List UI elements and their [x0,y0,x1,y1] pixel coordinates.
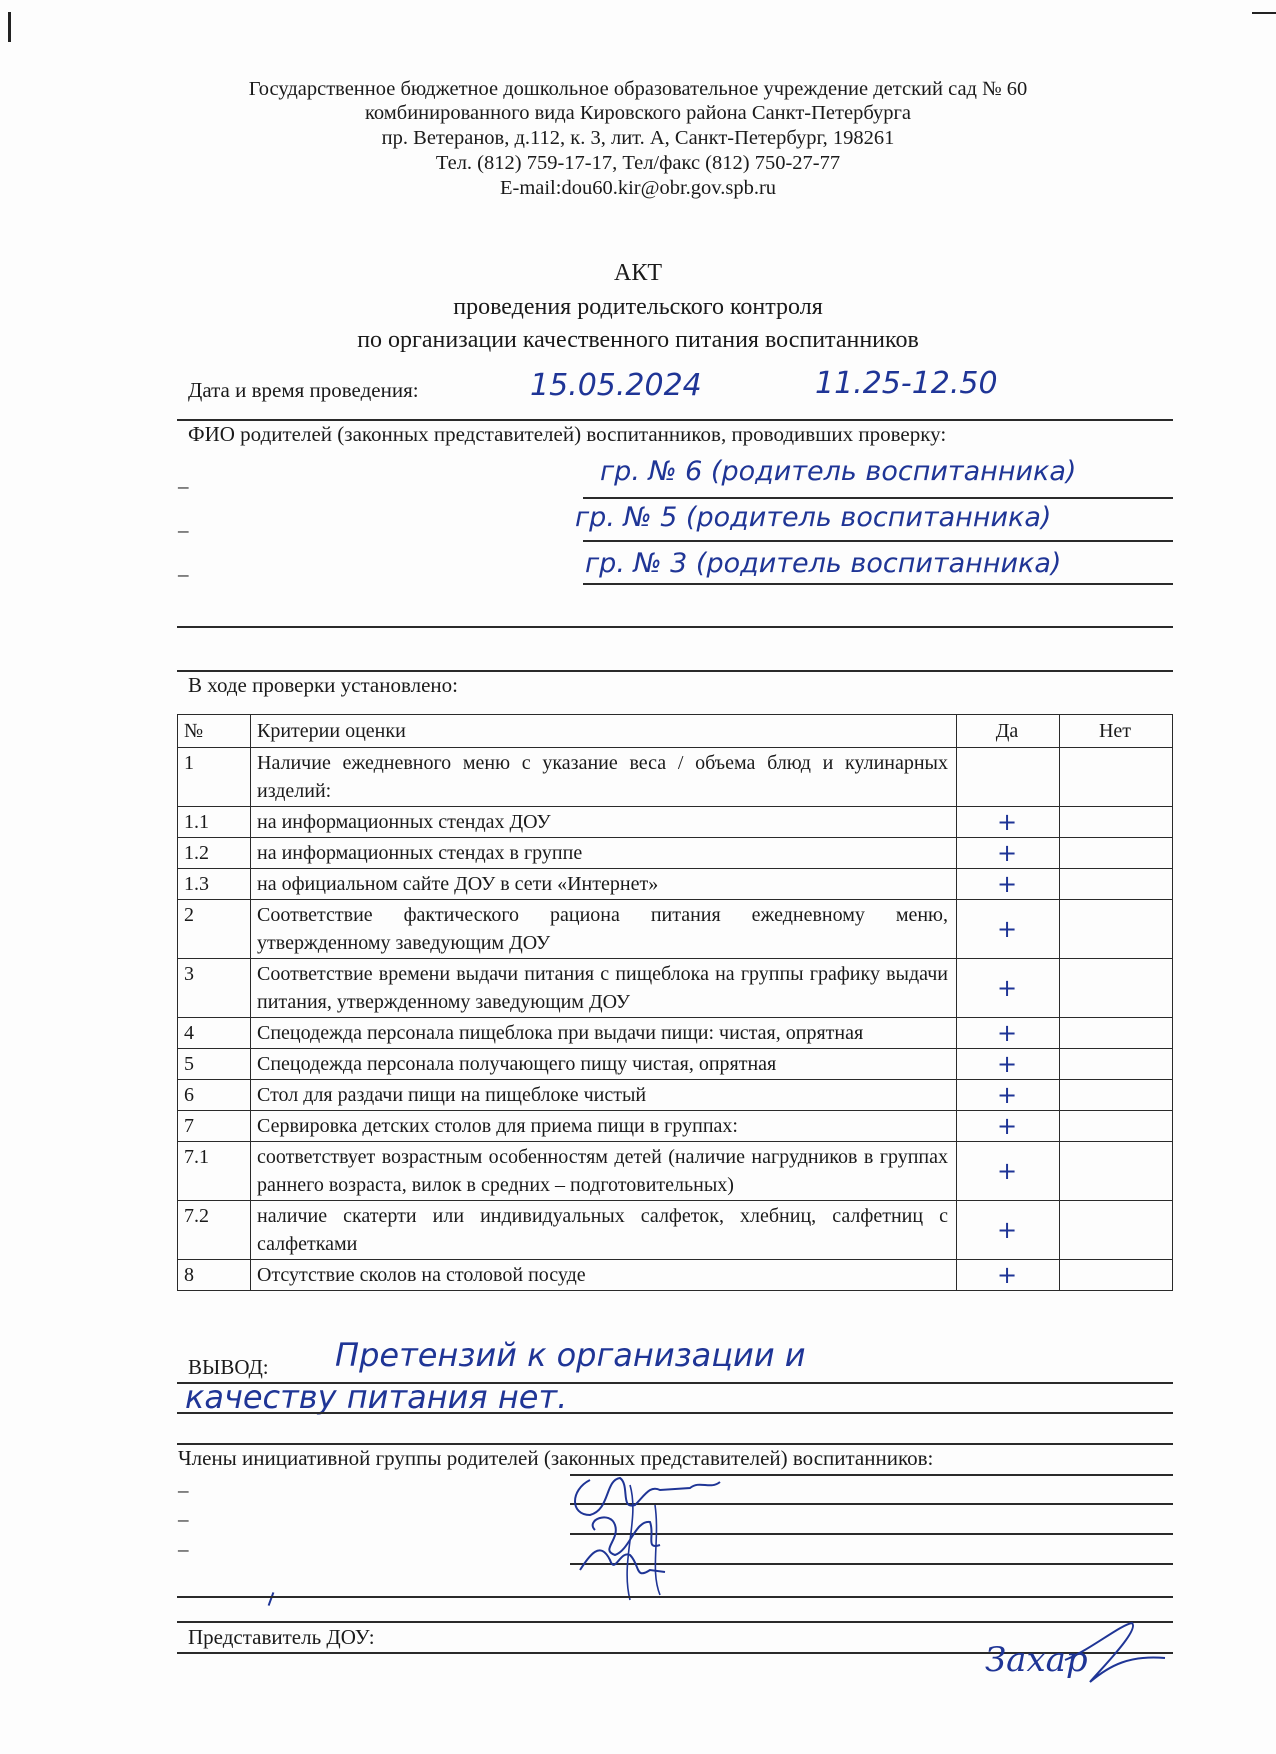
row-yes-mark[interactable]: + [957,1049,1060,1080]
row-no-mark[interactable] [1060,838,1173,869]
row-criteria: Стол для раздачи пищи на пищеблоке чисты… [251,1080,957,1111]
table-row: 7.1соответствует возрастным особенностям… [178,1142,1173,1201]
parents-label: ФИО родителей (законных представителей) … [188,422,946,447]
table-header-row: № Критерии оценки Да Нет [178,715,1173,748]
divider [177,626,1173,628]
ink-mark [268,1592,275,1606]
row-no-mark[interactable] [1060,959,1173,1018]
parent-entry-marker: – [178,562,189,587]
table-row: 8Отсутствие сколов на столовой посуде+ [178,1260,1173,1291]
row-number: 1 [178,748,251,807]
row-yes-mark[interactable]: + [957,869,1060,900]
entry-line [583,497,1173,499]
row-criteria: наличие скатерти или индивидуальных салф… [251,1201,957,1260]
divider [177,419,1173,421]
row-yes-mark[interactable]: + [957,838,1060,869]
table-row: 1.1на информационных стендах ДОУ+ [178,807,1173,838]
row-criteria: Соответствие фактического рациона питани… [251,900,957,959]
row-yes-mark[interactable]: + [957,900,1060,959]
findings-label: В ходе проверки установлено: [188,673,458,698]
row-no-mark[interactable] [1060,1018,1173,1049]
table-row: 3Соответствие времени выдачи питания с п… [178,959,1173,1018]
table-row: 2Соответствие фактического рациона питан… [178,900,1173,959]
row-number: 2 [178,900,251,959]
row-yes-mark[interactable]: + [957,1080,1060,1111]
column-header-criteria: Критерии оценки [251,715,957,748]
title-main: АКТ [0,258,1276,288]
row-yes-mark[interactable]: + [957,1111,1060,1142]
row-criteria: Спецодежда персонала получающего пищу чи… [251,1049,957,1080]
divider [177,1621,1173,1623]
row-yes-mark[interactable]: + [957,807,1060,838]
column-header-no: Нет [1060,715,1173,748]
row-no-mark[interactable] [1060,1260,1173,1291]
column-header-yes: Да [957,715,1060,748]
row-criteria: на информационных стендах ДОУ [251,807,957,838]
row-no-mark[interactable] [1060,869,1173,900]
row-yes-mark[interactable] [957,748,1060,807]
table-row: 7Сервировка детских столов для приема пи… [178,1111,1173,1142]
entry-line [583,540,1173,542]
column-header-num: № [178,715,251,748]
letterhead-line: Государственное бюджетное дошкольное обр… [0,77,1276,101]
title-sub: по организации качественного питания вос… [0,325,1276,355]
letterhead-address: пр. Ветеранов, д.112, к. 3, лит. А, Санк… [0,126,1276,150]
criteria-table: № Критерии оценки Да Нет 1Наличие ежедне… [177,714,1173,1291]
row-yes-mark[interactable]: + [957,1260,1060,1291]
row-no-mark[interactable] [1060,900,1173,959]
row-criteria: Сервировка детских столов для приема пищ… [251,1111,957,1142]
row-no-mark[interactable] [1060,1201,1173,1260]
letterhead-line: комбинированного вида Кировского района … [0,101,1276,125]
member-marker: – [178,1537,189,1562]
member-signatures [560,1460,760,1610]
row-yes-mark[interactable]: + [957,1018,1060,1049]
divider [177,1443,1173,1445]
row-no-mark[interactable] [1060,1142,1173,1201]
representative-label: Представитель ДОУ: [188,1625,375,1650]
row-criteria: на информационных стендах в группе [251,838,957,869]
row-criteria: Отсутствие сколов на столовой посуде [251,1260,957,1291]
conclusion-text[interactable]: качеству питания нет. [185,1378,567,1416]
row-yes-mark[interactable]: + [957,1201,1060,1260]
date-label: Дата и время проведения: [188,378,419,403]
entry-line [177,1412,1173,1414]
letterhead-phone: Тел. (812) 759-17-17, Тел/факс (812) 750… [0,151,1276,175]
conclusion-text[interactable]: Претензий к организации и [335,1336,806,1374]
divider [177,1596,1173,1598]
row-criteria: соответствует возрастным особенностям де… [251,1142,957,1201]
row-number: 7 [178,1111,251,1142]
parent-entry[interactable]: гр. № 6 (родитель воспитанника) [600,456,1076,487]
row-no-mark[interactable] [1060,1080,1173,1111]
member-marker: – [178,1507,189,1532]
time-value[interactable]: 11.25-12.50 [815,366,998,401]
row-number: 7.2 [178,1201,251,1260]
table-row: 7.2наличие скатерти или индивидуальных с… [178,1201,1173,1260]
row-number: 8 [178,1260,251,1291]
row-no-mark[interactable] [1060,1111,1173,1142]
table-row: 5Спецодежда персонала получающего пищу ч… [178,1049,1173,1080]
table-row: 6Стол для раздачи пищи на пищеблоке чист… [178,1080,1173,1111]
row-criteria: Наличие ежедневного меню с указание веса… [251,748,957,807]
title-sub: проведения родительского контроля [0,292,1276,322]
entry-line [583,583,1173,585]
members-label: Члены инициативной группы родителей (зак… [178,1446,933,1471]
row-number: 1.1 [178,807,251,838]
row-number: 1.3 [178,869,251,900]
scan-edge-mark [8,12,11,42]
letterhead-email: E-mail:dou60.kir@obr.gov.spb.ru [0,176,1276,200]
table-row: 1.3на официальном сайте ДОУ в сети «Инте… [178,869,1173,900]
row-yes-mark[interactable]: + [957,1142,1060,1201]
member-marker: – [178,1478,189,1503]
row-number: 1.2 [178,838,251,869]
row-criteria: Соответствие времени выдачи питания с пи… [251,959,957,1018]
divider [177,670,1173,672]
table-row: 1Наличие ежедневного меню с указание вес… [178,748,1173,807]
row-number: 4 [178,1018,251,1049]
row-number: 6 [178,1080,251,1111]
parent-entry[interactable]: гр. № 3 (родитель воспитанника) [585,548,1061,579]
scan-edge-mark [1252,12,1276,14]
parent-entry-marker: – [178,474,189,499]
parent-entry[interactable]: гр. № 5 (родитель воспитанника) [575,502,1051,533]
row-no-mark[interactable] [1060,807,1173,838]
row-number: 7.1 [178,1142,251,1201]
date-value[interactable]: 15.05.2024 [530,368,702,403]
row-criteria: Спецодежда персонала пищеблока при выдач… [251,1018,957,1049]
row-yes-mark[interactable]: + [957,959,1060,1018]
signature-flourish [1060,1620,1170,1690]
row-number: 5 [178,1049,251,1080]
row-number: 3 [178,959,251,1018]
row-no-mark[interactable] [1060,748,1173,807]
table-row: 1.2на информационных стендах в группе+ [178,838,1173,869]
conclusion-label: ВЫВОД: [188,1355,269,1380]
parent-entry-marker: – [178,518,189,543]
row-no-mark[interactable] [1060,1049,1173,1080]
row-criteria: на официальном сайте ДОУ в сети «Интерне… [251,869,957,900]
table-row: 4Спецодежда персонала пищеблока при выда… [178,1018,1173,1049]
